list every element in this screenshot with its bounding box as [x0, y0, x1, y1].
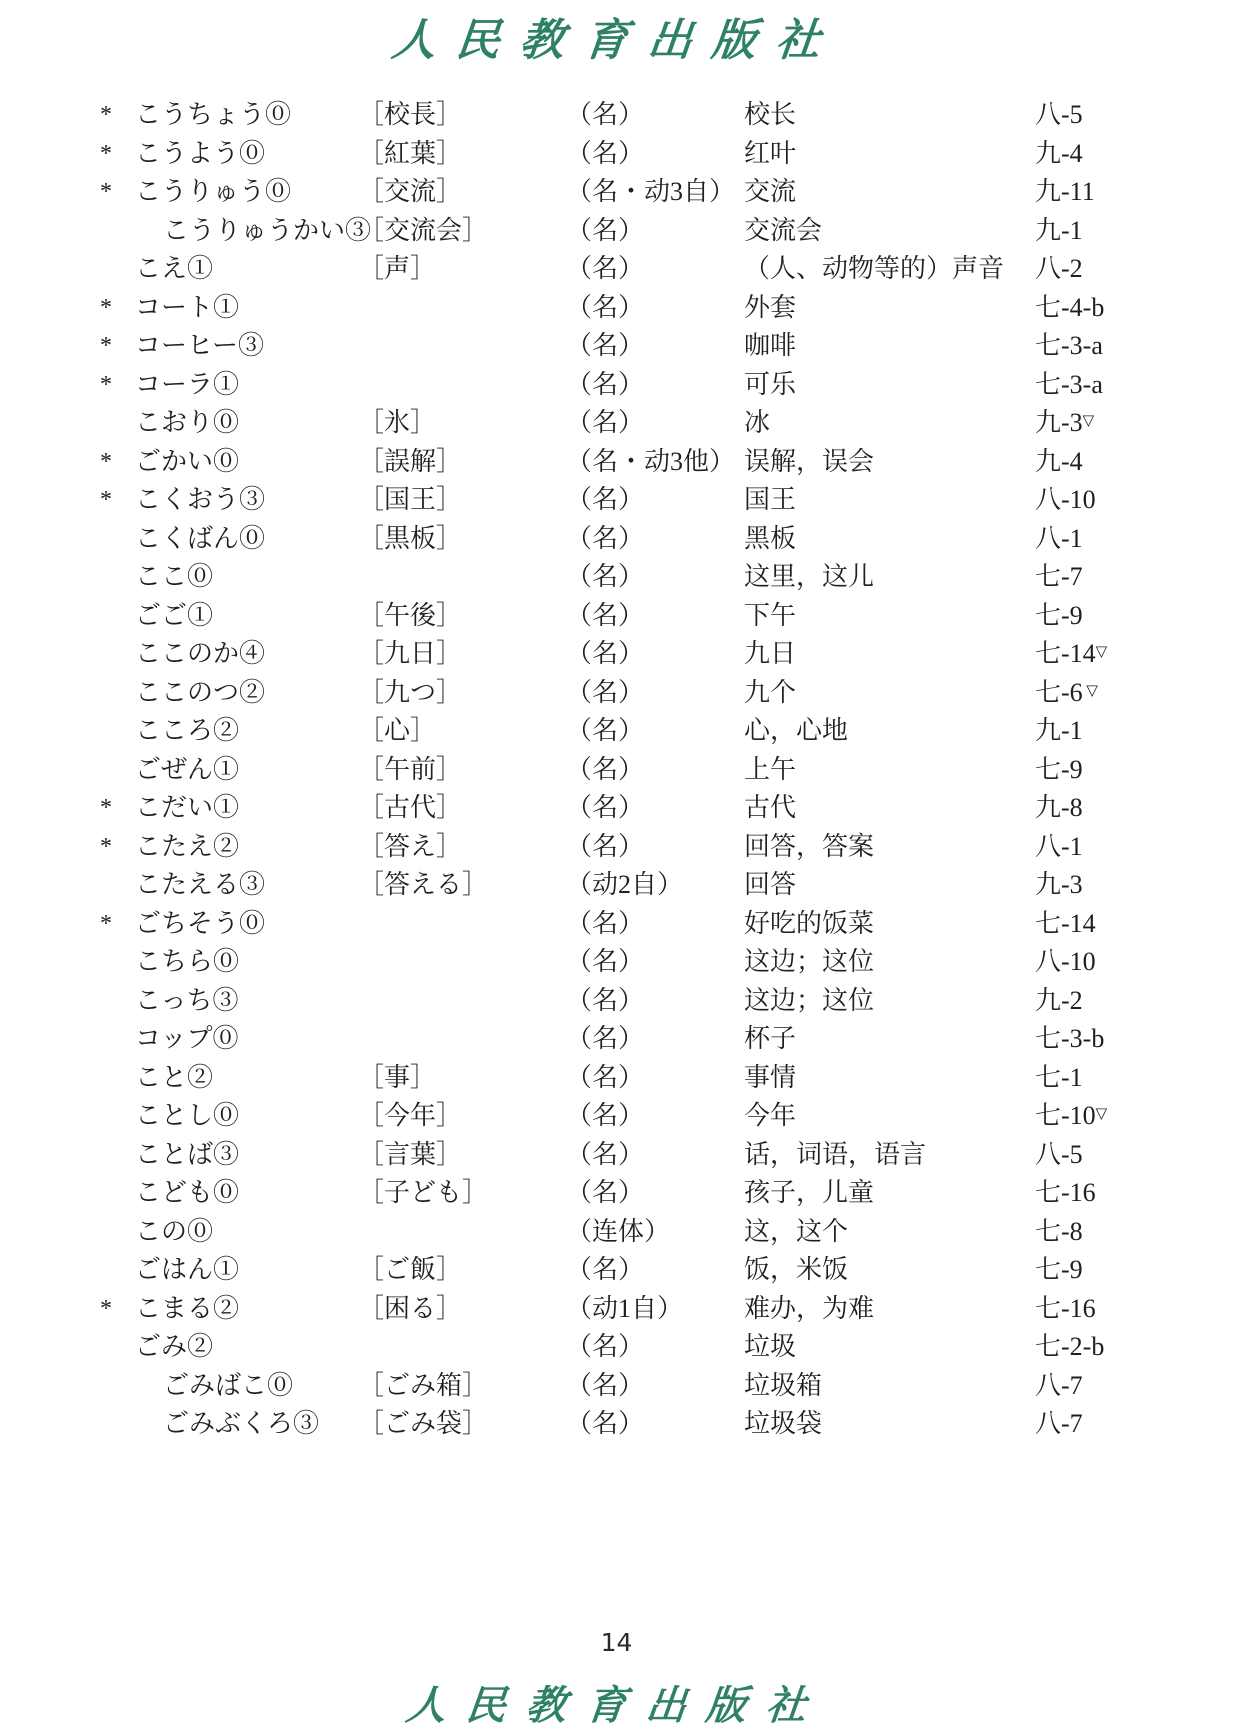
star-marker: *	[100, 828, 112, 867]
word-kanji: ［困る］	[358, 1290, 462, 1329]
meaning-chinese: 这，这个	[744, 1213, 848, 1252]
lesson-reference: 八-10	[1035, 943, 1096, 982]
lesson-label: 七-8	[1035, 1217, 1083, 1246]
table-row: こっち③ （名） 这边；这位 九-2	[0, 982, 1233, 1021]
star-marker: *	[100, 96, 112, 135]
meaning-chinese: 回答，答案	[744, 828, 874, 867]
table-row: ことし⓪ ［今年］ （名） 今年 七-10▽	[0, 1097, 1233, 1136]
table-row: * こまる② ［困る］ （动1自） 难办，为难 七-16	[0, 1290, 1233, 1329]
part-of-speech: （名）	[566, 943, 644, 982]
table-row: こおり⓪ ［氷］ （名） 冰 九-3▽	[0, 404, 1233, 443]
word-kanji: ［古代］	[358, 789, 462, 828]
lesson-label: 八-7	[1035, 1371, 1083, 1400]
table-row: ごはん① ［ご飯］ （名） 饭，米饭 七-9	[0, 1251, 1233, 1290]
meaning-chinese: 这里，这儿	[744, 558, 874, 597]
star-marker: *	[100, 135, 112, 174]
lesson-reference: 七-3-a	[1035, 366, 1103, 405]
lesson-label: 七-9	[1035, 755, 1083, 784]
word-kana: こと②	[135, 1059, 213, 1098]
table-row: ことば③ ［言葉］ （名） 话，词语，语言 八-5	[0, 1136, 1233, 1175]
word-kana: こうりゅうかい③	[163, 212, 371, 251]
lesson-label: 七-14	[1035, 909, 1096, 938]
meaning-chinese: 心，心地	[744, 712, 848, 751]
lesson-label: 八-2	[1035, 254, 1083, 283]
part-of-speech: （名）	[566, 1328, 644, 1367]
word-kana: ごご①	[135, 597, 213, 636]
lesson-reference: 七-9	[1035, 751, 1083, 790]
part-of-speech: （名）	[566, 558, 644, 597]
glossary-page: 人民教育出版社 * こうちょう⓪ ［校長］ （名） 校长 八-5 * こうよう⓪…	[0, 0, 1233, 1736]
part-of-speech: （名）	[566, 1174, 644, 1213]
word-kanji: ［九つ］	[358, 674, 462, 713]
lesson-label: 八-10	[1035, 947, 1096, 976]
part-of-speech: （动1自）	[566, 1290, 683, 1329]
meaning-chinese: 回答	[744, 866, 796, 905]
meaning-chinese: 黑板	[744, 520, 796, 559]
publisher-logo-header: 人民教育出版社	[0, 4, 1233, 68]
part-of-speech: （名）	[566, 135, 644, 174]
table-row: ごみ② （名） 垃圾 七-2-b	[0, 1328, 1233, 1367]
word-kana: ごみ②	[135, 1328, 213, 1367]
lesson-reference: 九-8	[1035, 789, 1083, 828]
word-kanji: ［ごみ袋］	[358, 1405, 488, 1444]
part-of-speech: （名）	[566, 828, 644, 867]
word-kanji: ［誤解］	[358, 443, 462, 482]
meaning-chinese: 交流会	[744, 212, 822, 251]
part-of-speech: （名）	[566, 289, 644, 328]
lesson-reference: 九-3▽	[1035, 404, 1094, 443]
lesson-label: 九-8	[1035, 793, 1083, 822]
part-of-speech: （名）	[566, 712, 644, 751]
part-of-speech: （名）	[566, 674, 644, 713]
meaning-chinese: 上午	[744, 751, 796, 790]
table-row: こくばん⓪ ［黒板］ （名） 黑板 八-1	[0, 520, 1233, 559]
lesson-label: 七-16	[1035, 1178, 1096, 1207]
word-kana: ここ⓪	[135, 558, 213, 597]
star-marker: *	[100, 481, 112, 520]
lesson-label: 九-2	[1035, 986, 1083, 1015]
lesson-label: 八-5	[1035, 1140, 1083, 1169]
lesson-label: 七-3-a	[1035, 331, 1103, 360]
meaning-chinese: 红叶	[744, 135, 796, 174]
lesson-reference: 八-10	[1035, 481, 1096, 520]
lesson-label: 七-4-b	[1035, 293, 1104, 322]
word-kana: こまる②	[135, 1290, 239, 1329]
part-of-speech: （名）	[566, 404, 644, 443]
part-of-speech: （名）	[566, 905, 644, 944]
table-row: こうりゅうかい③ ［交流会］ （名） 交流会 九-1	[0, 212, 1233, 251]
word-kanji: ［答え］	[358, 828, 462, 867]
word-kana: こだい①	[135, 789, 239, 828]
word-kanji: ［声］	[358, 250, 436, 289]
word-kanji: ［校長］	[358, 96, 462, 135]
lesson-label: 八-1	[1035, 524, 1083, 553]
word-kana: ことし⓪	[135, 1097, 239, 1136]
part-of-speech: （名）	[566, 1020, 644, 1059]
table-row: ここのか④ ［九日］ （名） 九日 七-14▽	[0, 635, 1233, 674]
lesson-reference: 七-9	[1035, 597, 1083, 636]
word-kanji: ［黒板］	[358, 520, 462, 559]
part-of-speech: （名）	[566, 250, 644, 289]
table-row: この⓪ （连体） 这，这个 七-8	[0, 1213, 1233, 1252]
word-kana: ごちそう⓪	[135, 905, 265, 944]
lesson-label: 七-3-b	[1035, 1024, 1104, 1053]
lesson-label: 九-4	[1035, 447, 1083, 476]
word-kanji: ［午後］	[358, 597, 462, 636]
lesson-label: 九-3	[1035, 408, 1083, 437]
table-row: こちら⓪ （名） 这边；这位 八-10	[0, 943, 1233, 982]
star-marker: *	[100, 443, 112, 482]
part-of-speech: （名・动3他）	[566, 443, 735, 482]
table-row: ごみぶくろ③ ［ごみ袋］ （名） 垃圾袋 八-7	[0, 1405, 1233, 1444]
lesson-reference: 七-6 ▽	[1035, 674, 1098, 713]
word-kanji: ［事］	[358, 1059, 436, 1098]
lesson-label: 九-4	[1035, 139, 1083, 168]
lesson-reference: 八-1	[1035, 828, 1083, 867]
word-kana: ごみばこ⓪	[163, 1367, 293, 1406]
triangle-mark-icon: ▽	[1083, 413, 1095, 429]
lesson-reference: 九-1	[1035, 712, 1083, 751]
word-kanji: ［ご飯］	[358, 1251, 462, 1290]
table-row: こたえる③ ［答える］ （动2自） 回答 九-3	[0, 866, 1233, 905]
lesson-reference: 七-1	[1035, 1059, 1083, 1098]
part-of-speech: （名）	[566, 751, 644, 790]
lesson-reference: 七-8	[1035, 1213, 1083, 1252]
word-kanji: ［交流］	[358, 173, 462, 212]
lesson-reference: 七-14	[1035, 905, 1096, 944]
word-kanji: ［氷］	[358, 404, 436, 443]
part-of-speech: （名）	[566, 1405, 644, 1444]
lesson-label: 九-11	[1035, 177, 1095, 206]
word-kana: ごみぶくろ③	[163, 1405, 319, 1444]
lesson-label: 七-7	[1035, 562, 1083, 591]
meaning-chinese: 咖啡	[744, 327, 796, 366]
lesson-reference: 七-4-b	[1035, 289, 1104, 328]
lesson-reference: 八-7	[1035, 1405, 1083, 1444]
lesson-label: 八-5	[1035, 100, 1083, 129]
lesson-label: 七-6	[1035, 678, 1083, 707]
triangle-mark-icon: ▽	[1096, 1106, 1108, 1122]
word-kanji: ［交流会］	[358, 212, 488, 251]
table-row: こえ① ［声］ （名） （人、动物等的）声音 八-2	[0, 250, 1233, 289]
star-marker: *	[100, 789, 112, 828]
lesson-reference: 九-4	[1035, 135, 1083, 174]
part-of-speech: （名・动3自）	[566, 173, 735, 212]
lesson-reference: 八-1	[1035, 520, 1083, 559]
word-kana: ごはん①	[135, 1251, 239, 1290]
meaning-chinese: 难办，为难	[744, 1290, 874, 1329]
lesson-reference: 七-9	[1035, 1251, 1083, 1290]
star-marker: *	[100, 289, 112, 328]
word-kanji: ［答える］	[358, 866, 488, 905]
meaning-chinese: 九个	[744, 674, 796, 713]
meaning-chinese: 这边；这位	[744, 982, 874, 1021]
word-kana: こおり⓪	[135, 404, 239, 443]
part-of-speech: （名）	[566, 635, 644, 674]
word-kana: ことば③	[135, 1136, 239, 1175]
word-kana: こうちょう⓪	[135, 96, 291, 135]
meaning-chinese: 这边；这位	[744, 943, 874, 982]
word-kana: こども⓪	[135, 1174, 239, 1213]
meaning-chinese: 今年	[744, 1097, 796, 1136]
publisher-logo-footer: 人民教育出版社	[0, 1674, 1233, 1731]
lesson-reference: 七-14▽	[1035, 635, 1107, 674]
word-kanji: ［心］	[358, 712, 436, 751]
lesson-reference: 九-1	[1035, 212, 1083, 251]
word-kanji: ［言葉］	[358, 1136, 462, 1175]
table-row: * コーラ① （名） 可乐 七-3-a	[0, 366, 1233, 405]
table-row: ごご① ［午後］ （名） 下午 七-9	[0, 597, 1233, 636]
lesson-reference: 九-4	[1035, 443, 1083, 482]
lesson-label: 九-1	[1035, 716, 1083, 745]
meaning-chinese: 九日	[744, 635, 796, 674]
table-row: ここ⓪ （名） 这里，这儿 七-7	[0, 558, 1233, 597]
part-of-speech: （名）	[566, 212, 644, 251]
word-kana: こえ①	[135, 250, 213, 289]
word-kana: コーラ①	[135, 366, 239, 405]
part-of-speech: （名）	[566, 1251, 644, 1290]
lesson-reference: 九-11	[1035, 173, 1095, 212]
part-of-speech: （名）	[566, 597, 644, 636]
part-of-speech: （名）	[566, 1136, 644, 1175]
meaning-chinese: 国王	[744, 481, 796, 520]
page-number: 14	[0, 1628, 1233, 1657]
word-kana: こうよう⓪	[135, 135, 265, 174]
meaning-chinese: 下午	[744, 597, 796, 636]
meaning-chinese: 饭，米饭	[744, 1251, 848, 1290]
part-of-speech: （名）	[566, 789, 644, 828]
lesson-reference: 七-16	[1035, 1290, 1096, 1329]
word-kana: コート①	[135, 289, 239, 328]
lesson-label: 八-7	[1035, 1409, 1083, 1438]
meaning-chinese: （人、动物等的）声音	[744, 250, 1004, 289]
meaning-chinese: 垃圾	[744, 1328, 796, 1367]
word-kana: コップ⓪	[135, 1020, 238, 1059]
lesson-reference: 七-3-b	[1035, 1020, 1104, 1059]
lesson-label: 七-3-a	[1035, 370, 1103, 399]
table-row: * こだい① ［古代］ （名） 古代 九-8	[0, 789, 1233, 828]
meaning-chinese: 事情	[744, 1059, 796, 1098]
lesson-label: 七-1	[1035, 1063, 1083, 1092]
word-kana: こうりゅう⓪	[135, 173, 291, 212]
part-of-speech: （动2自）	[566, 866, 683, 905]
word-kana: この⓪	[135, 1213, 213, 1252]
table-row: * こうりゅう⓪ ［交流］ （名・动3自） 交流 九-11	[0, 173, 1233, 212]
triangle-mark-icon: ▽	[1083, 683, 1098, 699]
lesson-reference: 八-2	[1035, 250, 1083, 289]
table-row: * コート① （名） 外套 七-4-b	[0, 289, 1233, 328]
word-kana: ここのつ②	[135, 674, 265, 713]
star-marker: *	[100, 327, 112, 366]
word-kana: こころ②	[135, 712, 239, 751]
word-kanji: ［ごみ箱］	[358, 1367, 488, 1406]
word-kana: こくばん⓪	[135, 520, 265, 559]
word-kana: こくおう③	[135, 481, 265, 520]
lesson-label: 七-10	[1035, 1101, 1096, 1130]
star-marker: *	[100, 905, 112, 944]
meaning-chinese: 误解，误会	[744, 443, 874, 482]
lesson-reference: 八-5	[1035, 1136, 1083, 1175]
table-row: * ごちそう⓪ （名） 好吃的饭菜 七-14	[0, 905, 1233, 944]
star-marker: *	[100, 1290, 112, 1329]
word-kana: ここのか④	[135, 635, 265, 674]
lesson-label: 七-16	[1035, 1294, 1096, 1323]
word-kana: こちら⓪	[135, 943, 239, 982]
word-kana: こっち③	[135, 982, 238, 1021]
lesson-reference: 七-16	[1035, 1174, 1096, 1213]
meaning-chinese: 孩子，儿童	[744, 1174, 874, 1213]
word-kana: コーヒー③	[135, 327, 264, 366]
lesson-label: 九-1	[1035, 216, 1083, 245]
lesson-reference: 七-3-a	[1035, 327, 1103, 366]
lesson-label: 九-3	[1035, 870, 1083, 899]
lesson-reference: 九-2	[1035, 982, 1083, 1021]
lesson-reference: 八-5	[1035, 96, 1083, 135]
lesson-label: 八-10	[1035, 485, 1096, 514]
table-row: こと② ［事］ （名） 事情 七-1	[0, 1059, 1233, 1098]
meaning-chinese: 冰	[744, 404, 770, 443]
table-row: * こくおう③ ［国王］ （名） 国王 八-10	[0, 481, 1233, 520]
meaning-chinese: 垃圾袋	[744, 1405, 822, 1444]
part-of-speech: （名）	[566, 481, 644, 520]
meaning-chinese: 杯子	[744, 1020, 796, 1059]
meaning-chinese: 话，词语，语言	[744, 1136, 926, 1175]
meaning-chinese: 好吃的饭菜	[744, 905, 874, 944]
part-of-speech: （名）	[566, 96, 644, 135]
table-row: こころ② ［心］ （名） 心，心地 九-1	[0, 712, 1233, 751]
word-kanji: ［今年］	[358, 1097, 462, 1136]
table-row: * こたえ② ［答え］ （名） 回答，答案 八-1	[0, 828, 1233, 867]
table-row: * コーヒー③ （名） 咖啡 七-3-a	[0, 327, 1233, 366]
word-kanji: ［九日］	[358, 635, 462, 674]
word-kana: こたえる③	[135, 866, 265, 905]
word-kana: こたえ②	[135, 828, 239, 867]
table-row: こども⓪ ［子ども］ （名） 孩子，儿童 七-16	[0, 1174, 1233, 1213]
lesson-label: 七-9	[1035, 1255, 1083, 1284]
lesson-reference: 九-3	[1035, 866, 1083, 905]
word-kanji: ［子ども］	[358, 1174, 488, 1213]
vocabulary-table: * こうちょう⓪ ［校長］ （名） 校长 八-5 * こうよう⓪ ［紅葉］ （名…	[0, 96, 1233, 1444]
part-of-speech: （名）	[566, 327, 644, 366]
meaning-chinese: 可乐	[744, 366, 796, 405]
word-kana: ごぜん①	[135, 751, 239, 790]
lesson-reference: 七-2-b	[1035, 1328, 1104, 1367]
word-kanji: ［国王］	[358, 481, 462, 520]
table-row: ごぜん① ［午前］ （名） 上午 七-9	[0, 751, 1233, 790]
table-row: * こうよう⓪ ［紅葉］ （名） 红叶 九-4	[0, 135, 1233, 174]
star-marker: *	[100, 173, 112, 212]
meaning-chinese: 古代	[744, 789, 796, 828]
table-row: * ごかい⓪ ［誤解］ （名・动3他） 误解，误会 九-4	[0, 443, 1233, 482]
lesson-reference: 七-10▽	[1035, 1097, 1107, 1136]
lesson-label: 七-14	[1035, 639, 1096, 668]
word-kanji: ［午前］	[358, 751, 462, 790]
table-row: * こうちょう⓪ ［校長］ （名） 校长 八-5	[0, 96, 1233, 135]
word-kanji: ［紅葉］	[358, 135, 462, 174]
lesson-reference: 七-7	[1035, 558, 1083, 597]
meaning-chinese: 交流	[744, 173, 796, 212]
lesson-reference: 八-7	[1035, 1367, 1083, 1406]
word-kana: ごかい⓪	[135, 443, 239, 482]
meaning-chinese: 外套	[744, 289, 796, 328]
lesson-label: 八-1	[1035, 832, 1083, 861]
meaning-chinese: 校长	[744, 96, 796, 135]
part-of-speech: （名）	[566, 982, 644, 1021]
part-of-speech: （名）	[566, 1097, 644, 1136]
table-row: ごみばこ⓪ ［ごみ箱］ （名） 垃圾箱 八-7	[0, 1367, 1233, 1406]
table-row: ここのつ② ［九つ］ （名） 九个 七-6 ▽	[0, 674, 1233, 713]
part-of-speech: （名）	[566, 1059, 644, 1098]
lesson-label: 七-9	[1035, 601, 1083, 630]
part-of-speech: （名）	[566, 1367, 644, 1406]
part-of-speech: （名）	[566, 366, 644, 405]
star-marker: *	[100, 366, 112, 405]
part-of-speech: （连体）	[566, 1213, 670, 1252]
part-of-speech: （名）	[566, 520, 644, 559]
triangle-mark-icon: ▽	[1096, 644, 1108, 660]
table-row: コップ⓪ （名） 杯子 七-3-b	[0, 1020, 1233, 1059]
lesson-label: 七-2-b	[1035, 1332, 1104, 1361]
meaning-chinese: 垃圾箱	[744, 1367, 822, 1406]
